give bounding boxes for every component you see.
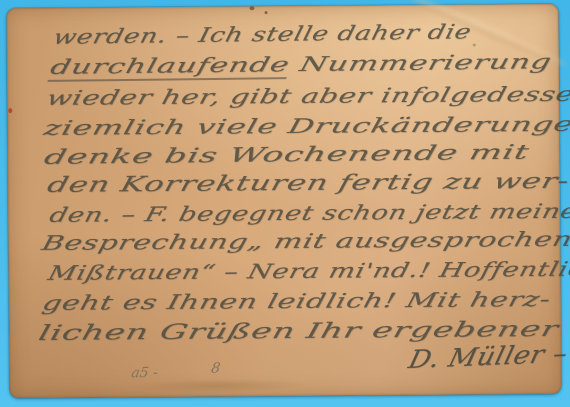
handwriting-line-8: Besprechung„ mit ausgesprochenem [39, 226, 570, 255]
scan-background: werden. – Ich stelle daher die durchlauf… [0, 0, 570, 407]
handwriting-line-11: lichen Grüßen Ihr ergebener [36, 317, 561, 345]
line-2-rest: Nummerierung [287, 49, 555, 76]
handwriting-line-5: denke bis Wochenende mit [42, 140, 532, 169]
paper-stain [265, 11, 268, 14]
pencil-annotation-right: 8 [210, 360, 221, 376]
pencil-annotation-left: a5 - [130, 365, 159, 381]
paper-stain [249, 6, 254, 10]
postcard: werden. – Ich stelle daher die durchlauf… [6, 4, 561, 398]
handwriting-line-10: geht es Ihnen leidlich! Mit herz- [40, 287, 554, 315]
handwriting-line-7: den. – F. begegnet schon jetzt meiner [47, 199, 570, 227]
underlined-word: durchlaufende [47, 52, 292, 82]
paper-stain [473, 43, 476, 46]
handwriting-line-9: Mißtrauen“ – Nera mi'nd.! Hoffentlich [46, 256, 570, 284]
handwriting-line-6: den Korrekturen fertig zu wer- [45, 169, 570, 197]
handwriting-line-1: werden. – Ich stelle daher die [51, 19, 474, 49]
handwriting-line-2: durchlaufende Nummerierung [48, 49, 554, 79]
handwriting-line-3: wieder her, gibt aber infolgedessen [44, 82, 570, 110]
red-speck [8, 108, 12, 113]
handwriting-line-4: ziemlich viele Druckänderungen [42, 112, 570, 140]
signature: D. Müller – [406, 339, 570, 374]
